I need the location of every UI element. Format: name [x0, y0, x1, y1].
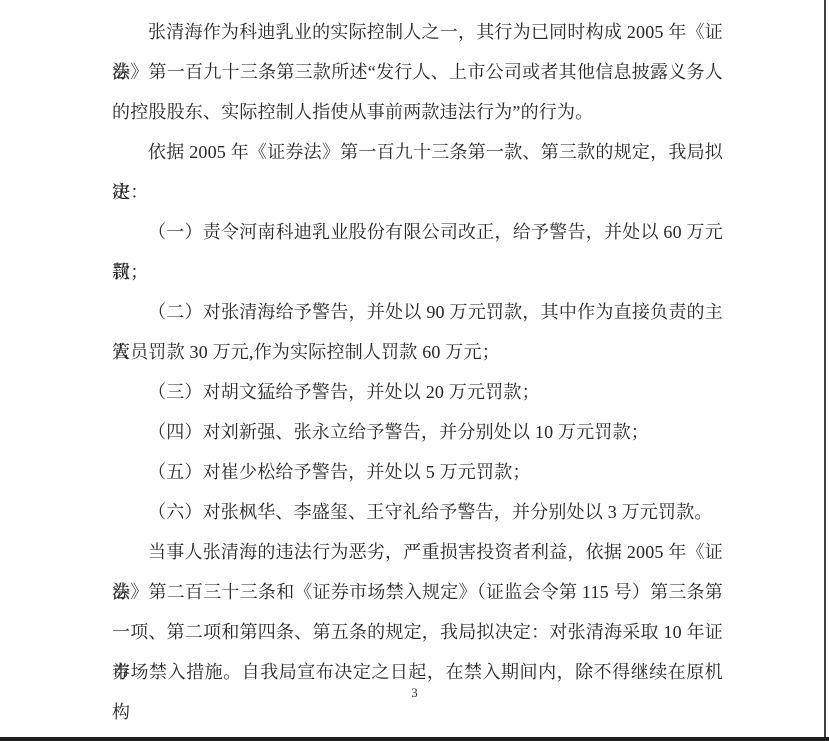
text-line: 依据 2005 年《证券法》第一百九十三条第一款、第三款的规定，我局拟决 [112, 132, 723, 172]
text-line: （三）对胡文猛给予警告，并处以 20 万元罚款； [112, 372, 723, 412]
document-body: 张清海作为科迪乳业的实际控制人之一，其行为已同时构成 2005 年《证券法》第一… [112, 12, 723, 692]
window-bottom-edge [0, 737, 829, 741]
text-line: （五）对崔少松给予警告，并处以 5 万元罚款； [112, 452, 723, 492]
text-line: （二）对张清海给予警告，并处以 90 万元罚款，其中作为直接负责的主管 [112, 292, 723, 332]
text-line: 定： [112, 172, 723, 212]
text-line: 的控股股东、实际控制人指使从事前两款违法行为”的行为。 [112, 92, 723, 132]
text-line: 法》第二百三十三条和《证券市场禁入规定》（证监会令第 115 号）第三条第 [112, 572, 723, 612]
page-right-border [824, 0, 826, 741]
text-line: 法》第一百九十三条第三款所述“发行人、上市公司或者其他信息披露义务人 [112, 52, 723, 92]
text-line: 人员罚款 30 万元,作为实际控制人罚款 60 万元； [112, 332, 723, 372]
text-line: 当事人张清海的违法行为恶劣，严重损害投资者利益，依据 2005 年《证券 [112, 532, 723, 572]
text-line: 款； [112, 252, 723, 292]
text-line: （一）责令河南科迪乳业股份有限公司改正，给予警告，并处以 60 万元罚 [112, 212, 723, 252]
document-page: 张清海作为科迪乳业的实际控制人之一，其行为已同时构成 2005 年《证券法》第一… [0, 0, 829, 741]
text-line: 张清海作为科迪乳业的实际控制人之一，其行为已同时构成 2005 年《证券 [112, 12, 723, 52]
text-line: 一项、第二项和第四条、第五条的规定，我局拟决定：对张清海采取 10 年证券 [112, 612, 723, 652]
text-line: （六）对张枫华、李盛玺、王守礼给予警告，并分别处以 3 万元罚款。 [112, 492, 723, 532]
text-line: （四）对刘新强、张永立给予警告，并分别处以 10 万元罚款； [112, 412, 723, 452]
page-number: 3 [0, 683, 829, 703]
